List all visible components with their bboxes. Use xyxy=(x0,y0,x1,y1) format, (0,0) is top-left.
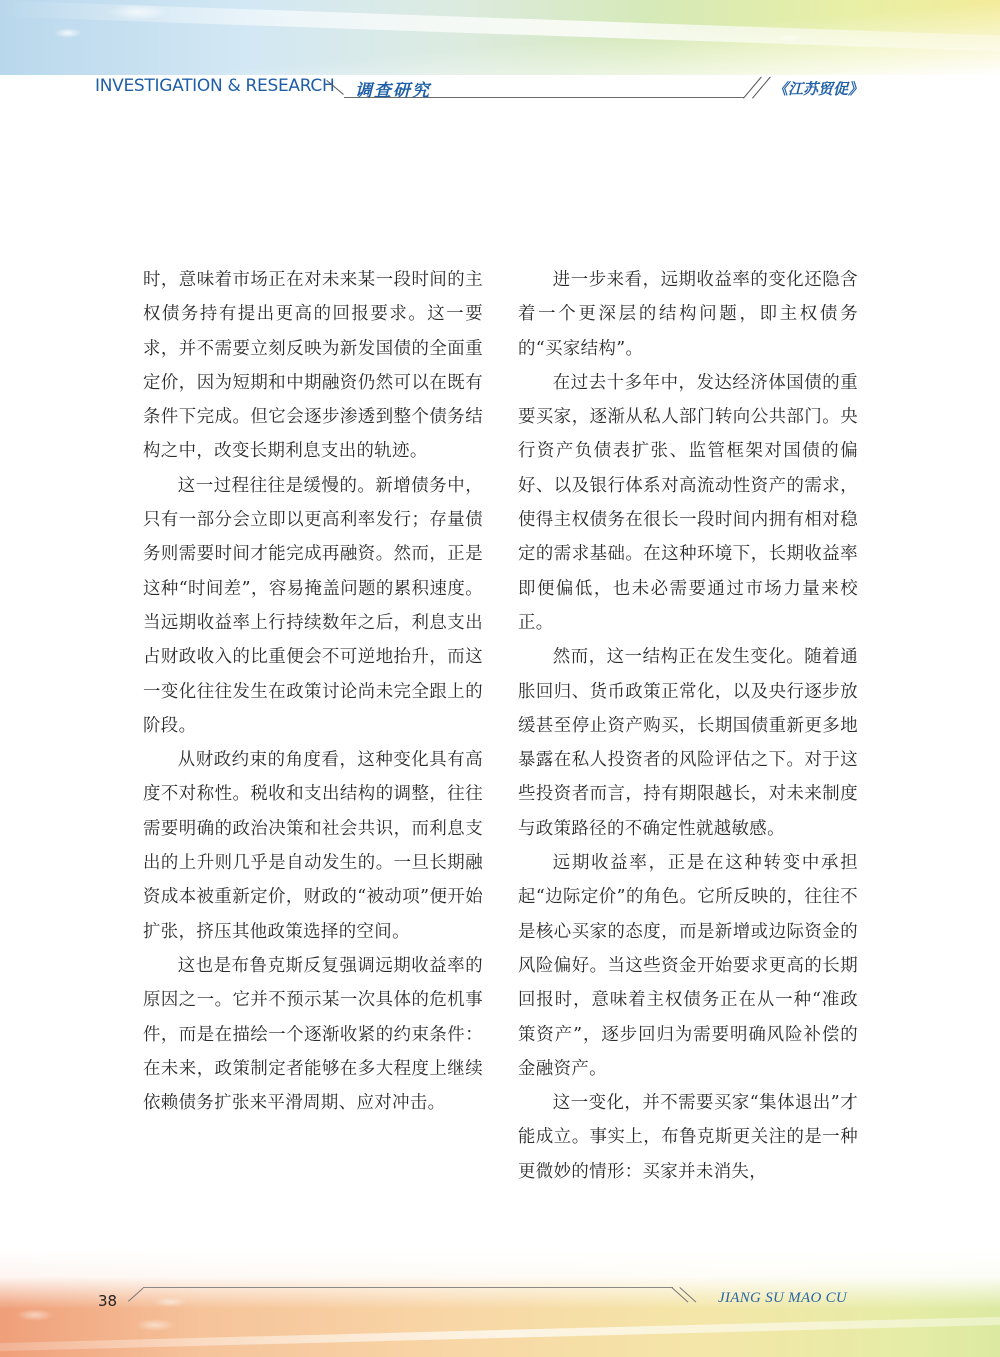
paragraph: 这一变化，并不需要买家“集体退出”才能成立。事实上，布鲁克斯更关注的是一种更微妙… xyxy=(518,1086,858,1189)
paragraph: 远期收益率，正是在这种转变中承担起“边际定价”的角色。它所反映的，往往不是核心买… xyxy=(518,846,858,1086)
paragraph: 这也是布鲁克斯反复强调远期收益率的原因之一。它并不预示某一次具体的危机事件，而是… xyxy=(143,949,483,1120)
paragraph: 然而，这一结构正在发生变化。随着通胀回归、货币政策正常化，以及央行逐步放缓甚至停… xyxy=(518,640,858,846)
journal-title-chinese: 《江苏贸促》 xyxy=(773,78,863,99)
paragraph: 时，意味着市场正在对未来某一段时间的主权债务持有提出更高的回报要求。这一要求，并… xyxy=(143,263,483,469)
paragraph: 这一过程往往是缓慢的。新增债务中，只有一部分会立即以更高利率发行；存量债务则需要… xyxy=(143,469,483,743)
page-footer: 38 JIANG SU MAO CU xyxy=(0,1250,1000,1357)
left-column: 时，意味着市场正在对未来某一段时间的主权债务持有提出更高的回报要求。这一要求，并… xyxy=(143,263,483,1120)
section-title-chinese: 调查研究 xyxy=(355,76,431,101)
paragraph: 进一步来看，远期收益率的变化还隐含着一个更深层的结构问题，即主权债务的“买家结构… xyxy=(518,263,858,366)
right-column: 进一步来看，远期收益率的变化还隐含着一个更深层的结构问题，即主权债务的“买家结构… xyxy=(518,263,858,1189)
footer-rule-line xyxy=(143,1287,673,1288)
paragraph: 从财政约束的角度看，这种变化具有高度不对称性。税收和支出结构的调整，往往需要明确… xyxy=(143,743,483,949)
journal-title-english: JIANG SU MAO CU xyxy=(718,1290,847,1307)
paragraph: 在过去十多年中，发达经济体国债的重要买家，逐渐从私人部门转向公共部门。央行资产负… xyxy=(518,366,858,640)
page-header: INVESTIGATION & RESEARCH 调查研究 《江苏贸促》 xyxy=(0,0,1000,110)
page-number: 38 xyxy=(98,1292,117,1310)
footer-decorative-banner xyxy=(0,1250,1000,1357)
section-title-english: INVESTIGATION & RESEARCH xyxy=(95,76,334,96)
header-double-slash-2 xyxy=(752,77,771,99)
